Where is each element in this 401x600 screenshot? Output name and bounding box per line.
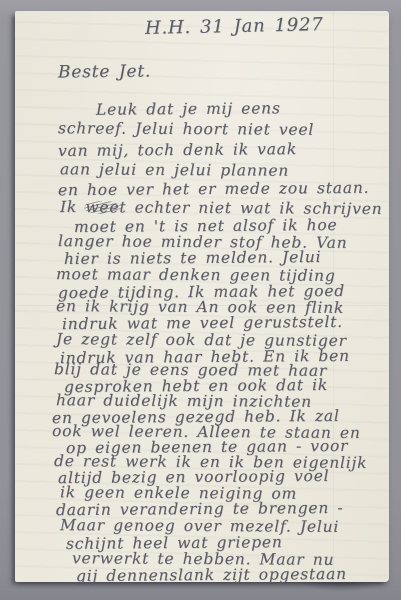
letter-date: H.H. 31 Jan 1927 xyxy=(145,14,324,39)
letter-line: Leuk dat je mij eens xyxy=(96,99,281,118)
letter-salutation: Beste Jet. xyxy=(58,62,151,83)
scanned-letter-page: { "page": { "background_color": "#92929a… xyxy=(0,0,401,600)
letter-line: van mij, toch denk ik vaak xyxy=(58,140,297,160)
letter-line: gij dennenslank zijt opgestaan xyxy=(76,565,347,585)
letter-line: schreef. Jelui hoort niet veel xyxy=(58,119,314,139)
letter-line: en hoe ver het er mede zou staan. xyxy=(58,179,369,199)
letter-line: aan jelui en jelui plannen xyxy=(60,160,289,179)
